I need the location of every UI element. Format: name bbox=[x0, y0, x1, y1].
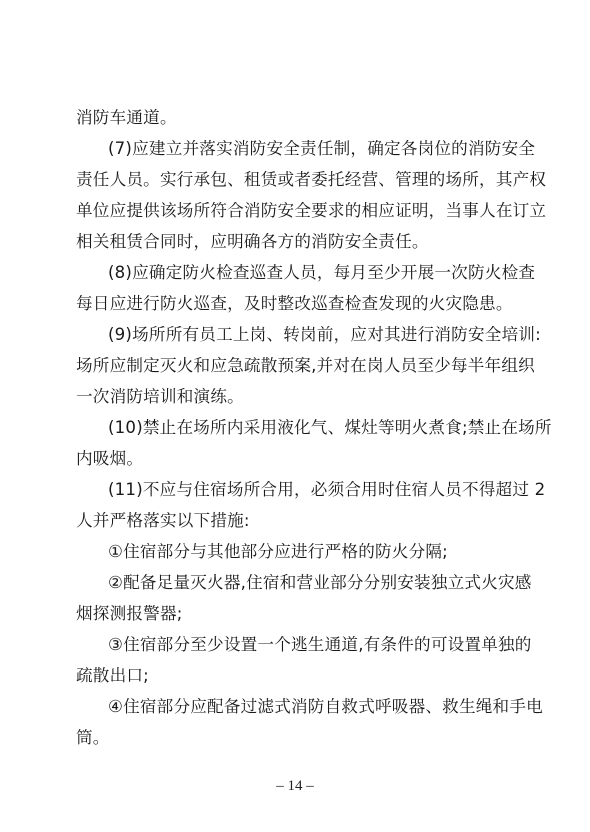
subitem-3-line-2: 疏散出口; bbox=[76, 665, 520, 687]
subitem-4-line-2: 筒。 bbox=[76, 727, 520, 749]
subitem-2-line-1: ②配备足量灭火器,住宿和营业部分分别安装独立式火灾感 bbox=[108, 572, 520, 594]
page-number: – 14 – bbox=[0, 778, 590, 795]
subitem-3-line-1: ③住宿部分至少设置一个逃生通道,有条件的可设置单独的 bbox=[108, 634, 520, 656]
item-8-line-1: (8)应确定防火检查巡查人员，每月至少开展一次防火检查 bbox=[108, 262, 520, 284]
item-9-line-2: 场所应制定灭火和应急疏散预案,并对在岗人员至少每半年组织 bbox=[76, 355, 520, 377]
item-10-line-1: (10)禁止在场所内采用液化气、煤灶等明火煮食;禁止在场所 bbox=[108, 417, 520, 439]
document-page: 消防车通道。 (7)应建立并落实消防安全责任制，确定各岗位的消防安全 责任人员。… bbox=[0, 0, 590, 832]
item-7-line-1: (7)应建立并落实消防安全责任制，确定各岗位的消防安全 bbox=[108, 138, 520, 160]
text-line-1: 消防车通道。 bbox=[76, 107, 520, 129]
subitem-4-line-1: ④住宿部分应配备过滤式消防自救式呼吸器、救生绳和手电 bbox=[108, 696, 520, 718]
item-7-line-3: 单位应提供该场所符合消防安全要求的相应证明，当事人在订立 bbox=[76, 200, 520, 222]
item-9-line-3: 一次消防培训和演练。 bbox=[76, 386, 520, 408]
subitem-1-line-1: ①住宿部分与其他部分应进行严格的防火分隔; bbox=[108, 541, 520, 563]
item-7-line-2: 责任人员。实行承包、租赁或者委托经营、管理的场所，其产权 bbox=[76, 169, 520, 191]
item-11-line-2: 人并严格落实以下措施: bbox=[76, 510, 520, 532]
subitem-2-line-2: 烟探测报警器; bbox=[76, 603, 520, 625]
item-8-line-2: 每日应进行防火巡查，及时整改巡查检查发现的火灾隐患。 bbox=[76, 293, 520, 315]
item-7-line-4: 相关租赁合同时，应明确各方的消防安全责任。 bbox=[76, 231, 520, 253]
item-11-line-1: (11)不应与住宿场所合用，必须合用时住宿人员不得超过 2 bbox=[108, 479, 520, 501]
item-9-line-1: (9)场所所有员工上岗、转岗前，应对其进行消防安全培训: bbox=[108, 324, 520, 346]
item-10-line-2: 内吸烟。 bbox=[76, 448, 520, 470]
